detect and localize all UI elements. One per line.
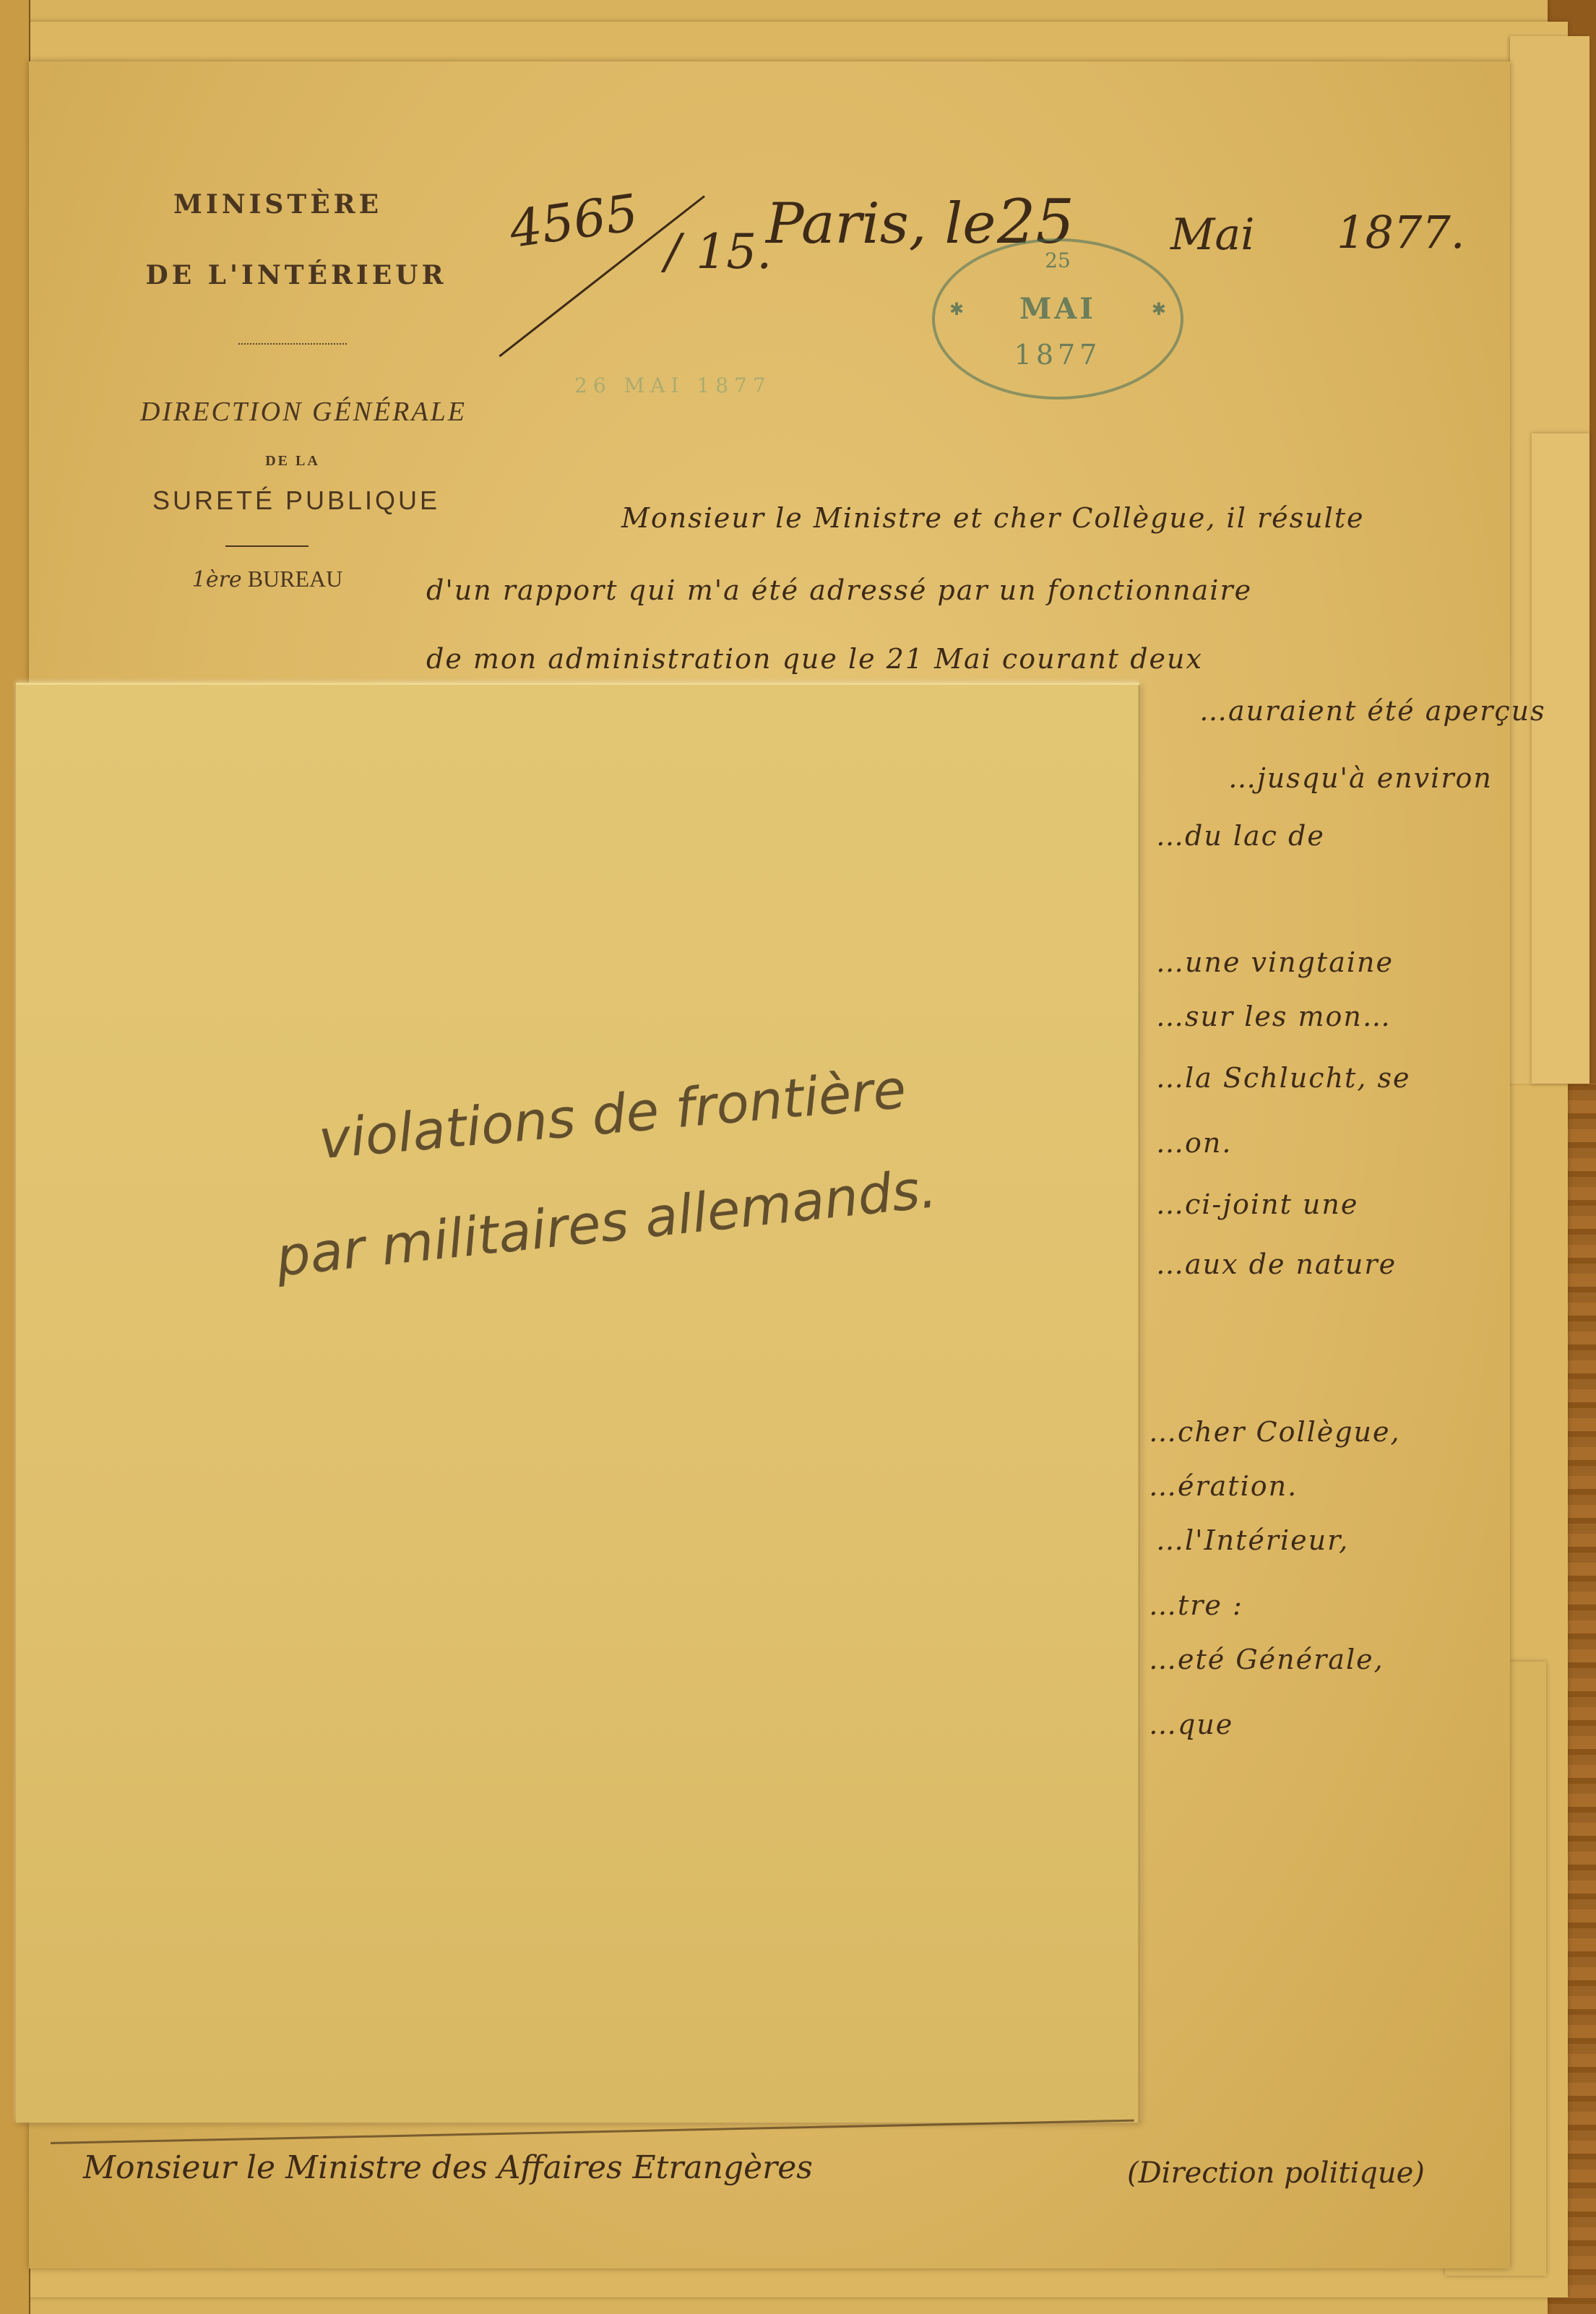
dateline-place: Paris, le xyxy=(766,191,996,256)
body-line-6: …du lac de xyxy=(1156,820,1325,852)
letterhead-de-la: DE LA xyxy=(238,453,347,470)
body-line-2: d'un rapport qui m'a été adressé par un … xyxy=(426,574,1252,606)
addressee-department: (Direction politique) xyxy=(1127,2157,1425,2190)
body-line-17: …eté Générale, xyxy=(1149,1644,1384,1675)
reference-sub: / 15. xyxy=(665,224,772,280)
body-line-7: …une vingtaine xyxy=(1156,946,1394,978)
body-line-13: …cher Collègue, xyxy=(1149,1416,1401,1448)
body-line-15: …l'Intérieur, xyxy=(1156,1524,1349,1556)
body-line-11: …ci-joint une xyxy=(1156,1188,1358,1220)
letterhead-ornament xyxy=(238,343,347,349)
received-stamp-faint: 26 MAI 1877 xyxy=(574,374,772,397)
letterhead-surete: SURETÉ PUBLIQUE xyxy=(144,485,448,516)
stamp-day: 25 xyxy=(935,249,1181,272)
stamp-month: MAI xyxy=(935,292,1181,326)
body-line-8: …sur les mon… xyxy=(1156,1001,1392,1032)
letterhead-ministere: MINISTÈRE xyxy=(173,189,376,220)
body-line-1: Monsieur le Ministre et cher Collègue, i… xyxy=(621,502,1364,534)
body-line-14: …ération. xyxy=(1149,1470,1298,1502)
letterhead-rule xyxy=(225,545,309,547)
body-line-9: …la Schlucht, se xyxy=(1156,1062,1410,1094)
dateline-year: 1877. xyxy=(1337,206,1465,259)
dateline-month: Mai xyxy=(1170,210,1254,260)
body-line-5: …jusqu'à environ xyxy=(1228,762,1493,794)
stamp-year: 1877 xyxy=(935,339,1181,371)
bureau-label: BUREAU xyxy=(248,566,343,592)
addressee: Monsieur le Ministre des Affaires Etrang… xyxy=(83,2149,813,2186)
date-stamp-oval: 25 ✱ MAI ✱ 1877 xyxy=(932,238,1183,400)
body-line-12: …aux de nature xyxy=(1156,1248,1397,1280)
letterhead-interieur: DE L'INTÉRIEUR xyxy=(123,260,470,290)
body-line-10: …on. xyxy=(1156,1127,1232,1159)
body-line-16: …tre : xyxy=(1149,1589,1243,1621)
right-sheet-tab-2 xyxy=(1532,433,1589,1084)
stamp-star-right-icon: ✱ xyxy=(1152,299,1166,319)
folded-note-overlay xyxy=(16,683,1139,2123)
bureau-number: 1ère xyxy=(192,567,242,592)
body-line-3: de mon administration que le 21 Mai cour… xyxy=(426,643,1203,675)
letterhead-bureau: 1ère BUREAU xyxy=(173,566,361,592)
body-line-18: …que xyxy=(1149,1709,1233,1740)
body-line-4: …auraient été aperçus xyxy=(1199,695,1546,727)
letterhead-direction: DIRECTION GÉNÉRALE xyxy=(101,396,506,428)
